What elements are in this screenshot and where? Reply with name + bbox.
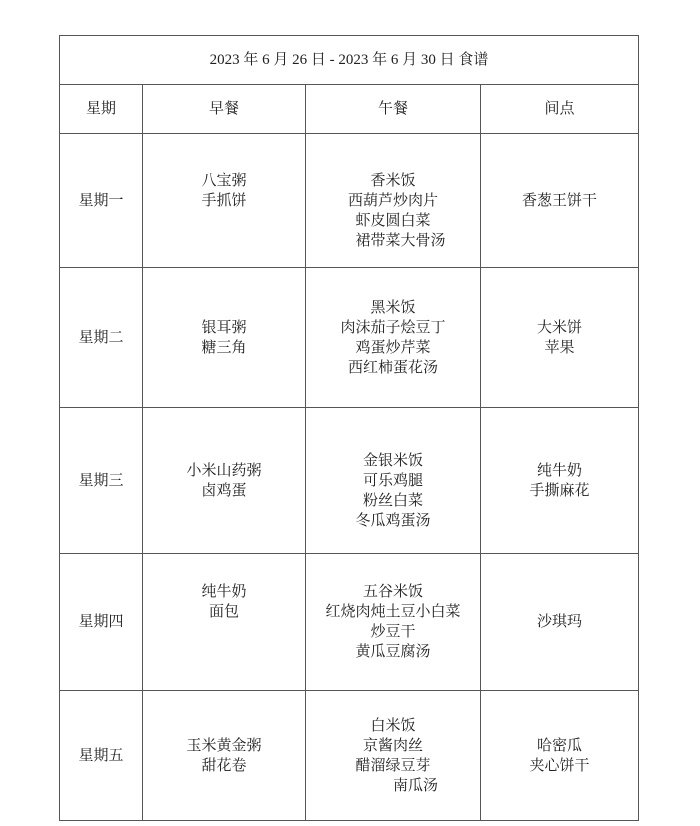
menu-item-line: 鸡蛋炒芹菜	[306, 338, 480, 358]
menu-table: 2023 年 6 月 26 日 - 2023 年 6 月 30 日 食谱 星期 …	[59, 35, 639, 821]
menu-item-line: 白米饭	[306, 716, 480, 736]
day-cell: 星期三	[60, 408, 143, 554]
menu-item-line: 小米山药粥	[143, 461, 305, 481]
lunch-cell: 金银米饭可乐鸡腿粉丝白菜冬瓜鸡蛋汤	[306, 408, 481, 554]
menu-item-line: 手抓饼	[143, 191, 305, 211]
day-cell: 星期四	[60, 554, 143, 691]
menu-item-line: 西葫芦炒肉片	[306, 191, 480, 211]
table-row-tuesday: 星期二 银耳粥糖三角 黑米饭肉沫茄子烩豆丁鸡蛋炒芹菜西红柿蛋花汤 大米饼苹果	[60, 268, 639, 408]
header-snack: 间点	[481, 85, 639, 134]
lunch-cell: 五谷米饭红烧肉炖土豆小白菜炒豆干黄瓜豆腐汤	[306, 554, 481, 691]
menu-item-line	[306, 151, 480, 171]
menu-item-line: 苹果	[481, 338, 638, 358]
table-title: 2023 年 6 月 26 日 - 2023 年 6 月 30 日 食谱	[60, 36, 639, 85]
table-row-wednesday: 星期三 小米山药粥卤鸡蛋 金银米饭可乐鸡腿粉丝白菜冬瓜鸡蛋汤 纯牛奶手撕麻花	[60, 408, 639, 554]
breakfast-cell: 玉米黄金粥甜花卷	[143, 691, 306, 821]
menu-item-line: 裙带菜大骨汤	[306, 231, 480, 251]
menu-item-line: 银耳粥	[143, 318, 305, 338]
menu-item-line: 京酱肉丝	[306, 736, 480, 756]
menu-item-line: 虾皮圆白菜	[306, 211, 480, 231]
lunch-cell: 黑米饭肉沫茄子烩豆丁鸡蛋炒芹菜西红柿蛋花汤	[306, 268, 481, 408]
menu-item-line: 黑米饭	[306, 298, 480, 318]
menu-item-line: 粉丝白菜	[306, 491, 480, 511]
title-row: 2023 年 6 月 26 日 - 2023 年 6 月 30 日 食谱	[60, 36, 639, 85]
breakfast-cell: 纯牛奶面包	[143, 554, 306, 691]
menu-item-line: 哈密瓜	[481, 736, 638, 756]
menu-item-line: 冬瓜鸡蛋汤	[306, 511, 480, 531]
header-row: 星期 早餐 午餐 间点	[60, 85, 639, 134]
snack-cell: 哈密瓜夹心饼干	[481, 691, 639, 821]
table-row-friday: 星期五 玉米黄金粥甜花卷 白米饭京酱肉丝醋溜绿豆芽 南瓜汤 哈密瓜夹心饼干	[60, 691, 639, 821]
snack-cell: 纯牛奶手撕麻花	[481, 408, 639, 554]
menu-item-line: 手撕麻花	[481, 481, 638, 501]
menu-item-line: 炒豆干	[306, 622, 480, 642]
menu-item-line: 卤鸡蛋	[143, 481, 305, 501]
menu-item-line: 沙琪玛	[481, 612, 638, 632]
menu-item-line: 红烧肉炖土豆小白菜	[306, 602, 480, 622]
menu-item-line: 黄瓜豆腐汤	[306, 642, 480, 662]
lunch-cell: 白米饭京酱肉丝醋溜绿豆芽 南瓜汤	[306, 691, 481, 821]
menu-item-line: 醋溜绿豆芽	[306, 756, 480, 776]
lunch-cell: 香米饭西葫芦炒肉片虾皮圆白菜 裙带菜大骨汤	[306, 134, 481, 268]
header-lunch: 午餐	[306, 85, 481, 134]
snack-cell: 沙琪玛	[481, 554, 639, 691]
menu-item-line: 香葱王饼干	[481, 191, 638, 211]
day-cell: 星期一	[60, 134, 143, 268]
menu-item-line: 纯牛奶	[143, 582, 305, 602]
menu-item-line: 玉米黄金粥	[143, 736, 305, 756]
menu-item-line: 金银米饭	[306, 451, 480, 471]
menu-item-line: 西红柿蛋花汤	[306, 358, 480, 378]
menu-item-line: 八宝粥	[143, 171, 305, 191]
menu-item-line: 肉沫茄子烩豆丁	[306, 318, 480, 338]
menu-item-line: 大米饼	[481, 318, 638, 338]
menu-item-line: 甜花卷	[143, 756, 305, 776]
menu-item-line: 面包	[143, 602, 305, 622]
breakfast-cell: 小米山药粥卤鸡蛋	[143, 408, 306, 554]
menu-item-line: 糖三角	[143, 338, 305, 358]
menu-item-line	[143, 642, 305, 662]
menu-item-line: 纯牛奶	[481, 461, 638, 481]
menu-item-line: 南瓜汤	[306, 776, 480, 796]
table-row-thursday: 星期四 纯牛奶面包 五谷米饭红烧肉炖土豆小白菜炒豆干黄瓜豆腐汤 沙琪玛	[60, 554, 639, 691]
menu-item-line: 五谷米饭	[306, 582, 480, 602]
menu-item-line: 香米饭	[306, 171, 480, 191]
header-breakfast: 早餐	[143, 85, 306, 134]
table-row-monday: 星期一 八宝粥手抓饼 香米饭西葫芦炒肉片虾皮圆白菜 裙带菜大骨汤 香葱王饼干	[60, 134, 639, 268]
header-day: 星期	[60, 85, 143, 134]
day-cell: 星期五	[60, 691, 143, 821]
breakfast-cell: 八宝粥手抓饼	[143, 134, 306, 268]
menu-item-line	[143, 211, 305, 231]
menu-item-line: 可乐鸡腿	[306, 471, 480, 491]
snack-cell: 香葱王饼干	[481, 134, 639, 268]
menu-item-line	[143, 622, 305, 642]
day-cell: 星期二	[60, 268, 143, 408]
menu-item-line	[306, 431, 480, 451]
snack-cell: 大米饼苹果	[481, 268, 639, 408]
menu-item-line: 夹心饼干	[481, 756, 638, 776]
breakfast-cell: 银耳粥糖三角	[143, 268, 306, 408]
